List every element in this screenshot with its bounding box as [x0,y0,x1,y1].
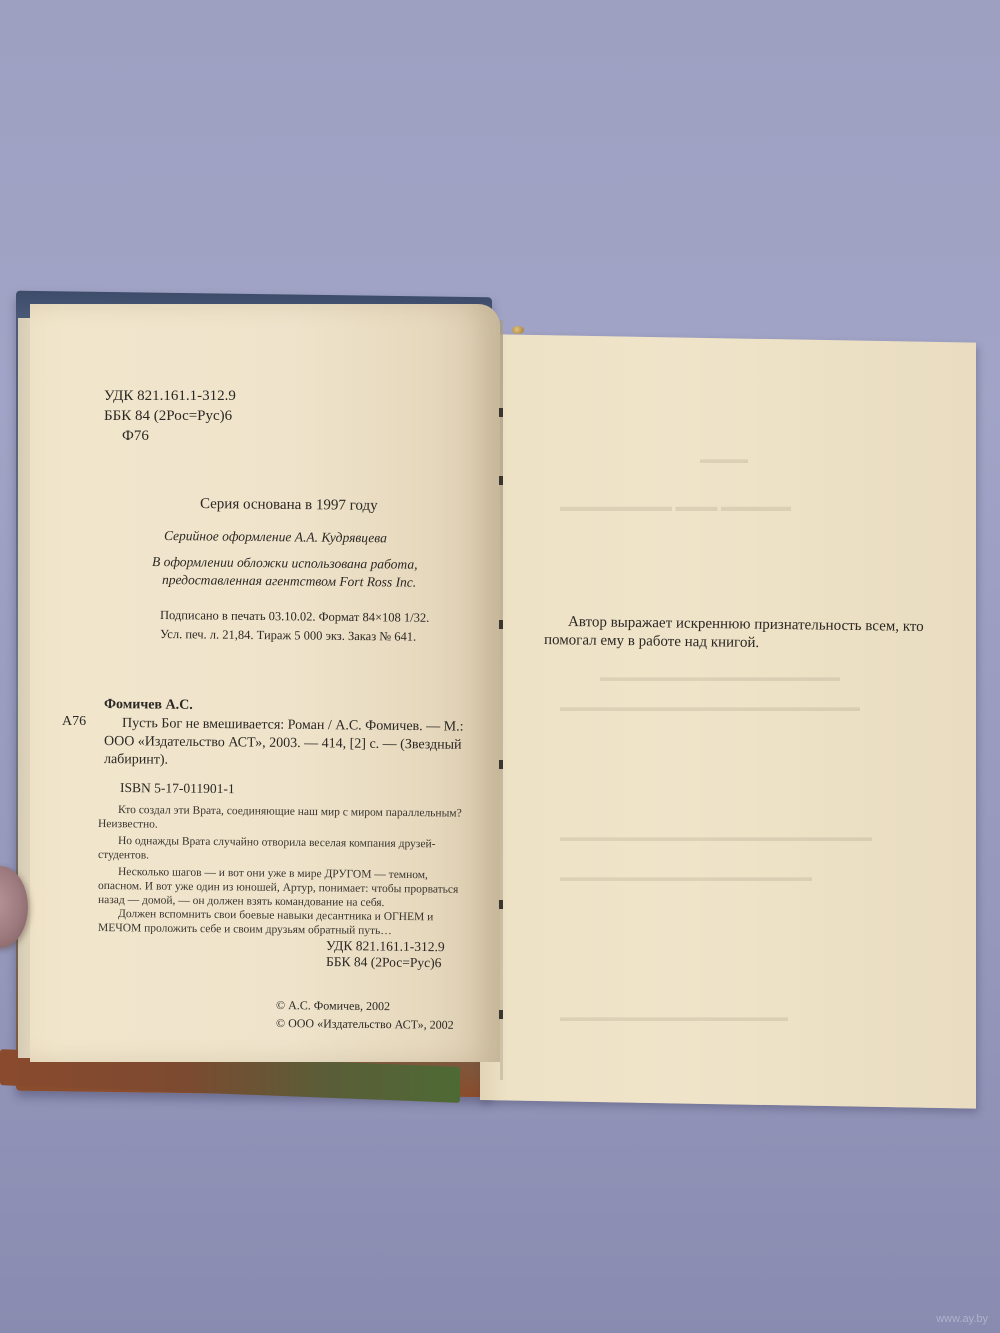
bleed-through-text: ▬▬▬▬▬▬▬▬▬▬▬▬▬▬▬▬▬▬▬▬▬ [560,870,812,885]
bibliographic-author: Фомичев А.С. [104,697,193,714]
spine-stitch [499,1010,503,1019]
series-design-credit: Серийное оформление А.А. Кудрявцева [164,528,387,546]
footer-bbk-code: ББК 84 (2Рос=Рус)6 [326,954,442,971]
annotation-line: студентов. [98,849,149,862]
cover-credit-line: В оформлении обложки использована работа… [152,554,418,573]
copyright-publisher: © ООО «Издательство АСТ», 2002 [276,1016,454,1033]
bleed-through-text: ▬▬▬▬▬▬▬▬▬▬▬▬▬▬▬▬▬▬▬▬ [600,670,840,685]
copyright-author: © А.С. Фомичев, 2002 [276,998,390,1014]
bleed-through-text: ▬▬▬▬▬▬▬▬ ▬▬▬ ▬▬▬▬▬ [560,500,791,516]
spine-stitch [499,760,503,769]
bleed-through-text: ▬▬▬▬ [700,452,748,467]
series-note: Серия основана в 1997 году [200,496,378,515]
author-mark: Ф76 [122,426,149,446]
cover-credit-line: предоставленная агентством Fort Ross Inc… [162,572,416,591]
photo-scene: ▬▬▬▬ ▬▬▬▬▬▬▬▬ ▬▬▬ ▬▬▬▬▬ ▬▬▬▬▬▬▬▬▬▬▬▬▬▬▬▬… [0,0,1000,1333]
bleed-through-text: ▬▬▬▬▬▬▬▬▬▬▬▬▬▬▬▬▬▬▬▬▬▬▬▬▬ [560,700,860,715]
right-page [480,334,976,1109]
bleed-through-text: ▬▬▬▬▬▬▬▬▬▬▬▬▬▬▬▬▬▬▬ [560,1010,788,1025]
bbk-code: ББК 84 (2Рос=Рус)6 [104,406,232,426]
call-mark: А76 [62,714,86,730]
ribbon-clasp-icon [512,326,524,334]
spine-stitch [499,408,503,417]
isbn: ISBN 5-17-011901-1 [120,780,235,797]
watermark: www.ay.by [936,1313,988,1325]
spine-stitch [499,476,503,485]
udk-code: УДК 821.161.1-312.9 [104,386,236,406]
book-spine [500,320,503,1080]
print-info-line: Усл. печ. л. 21,84. Тираж 5 000 экз. Зак… [160,627,416,645]
print-info-line: Подписано в печать 03.10.02. Формат 84×1… [160,608,429,626]
acknowledgment-line: помогал ему в работе над книгой. [544,632,759,652]
footer-udk-code: УДК 821.161.1-312.9 [326,938,445,955]
annotation-line: Неизвестно. [98,818,158,831]
spine-stitch [499,900,503,909]
bibliographic-line: лабиринт). [104,752,168,769]
bleed-through-text: ▬▬▬▬▬▬▬▬▬▬▬▬▬▬▬▬▬▬▬▬▬▬▬▬▬▬ [560,830,872,845]
spine-stitch [499,620,503,629]
